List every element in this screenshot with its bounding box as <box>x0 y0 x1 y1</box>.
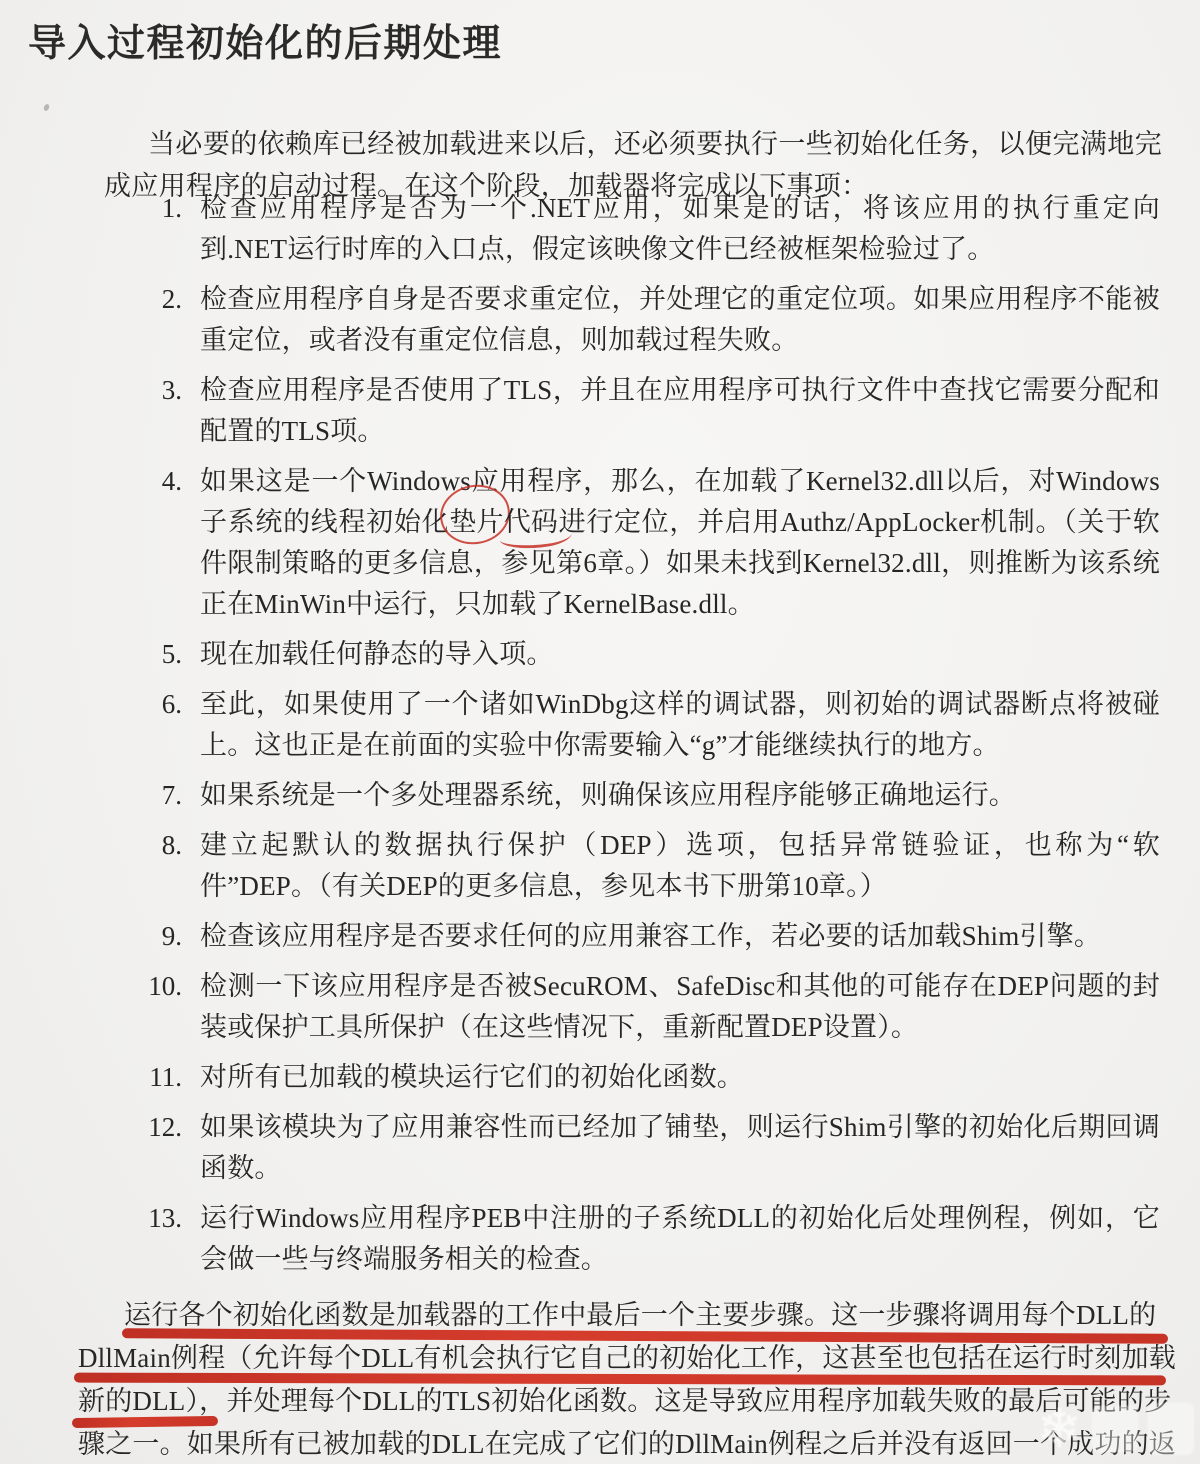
list-item: 8. 建立起默认的数据执行保护（DEP）选项，包括异常链验证，也称为“软件”DE… <box>130 825 1160 907</box>
list-item: 3. 检查应用程序是否使用了TLS，并且在应用程序可执行文件中查找它需要分配和配… <box>130 370 1160 452</box>
paragraph-line: 新的DLL），并处理每个DLL的TLS初始化函数。这是导致应用程序加载失败的最后… <box>78 1380 1162 1423</box>
book-page: 导入过程初始化的后期处理 当必要的依赖库已经被加载进来以后，还必须要执行一些初始… <box>0 0 1200 1464</box>
paragraph-line-text: 新的DLL），并处理每个DLL的TLS初始化函数。这是导致应用程序加载失败的最后… <box>78 1386 1171 1416</box>
paragraph-line: 骤之一。如果所有已被加载的DLL在完成了它们的DllMain例程之后并没有返回一… <box>78 1423 1162 1464</box>
paragraph-line-text: 骤之一。如果所有已被加载的DLL在完成了它们的DllMain例程之后并没有返回一… <box>78 1429 1176 1459</box>
list-item: 13. 运行Windows应用程序PEB中注册的子系统DLL的初始化后处理例程，… <box>130 1198 1160 1280</box>
list-item-number: 5. <box>130 634 182 675</box>
list-item: 12. 如果该模块为了应用兼容性而已经加了铺垫，则运行Shim引擎的初始化后期回… <box>130 1107 1160 1189</box>
list-item-number: 2. <box>130 279 182 320</box>
paragraph-line: DllMain例程（允许每个DLL有机会执行它自己的初始化工作，这甚至也包括在运… <box>78 1337 1162 1380</box>
list-item-number: 8. <box>130 825 182 866</box>
circled-text: 垫片 <box>449 507 503 537</box>
list-item-text: 检查应用程序是否使用了TLS，并且在应用程序可执行文件中查找它需要分配和配置的T… <box>200 375 1160 446</box>
paragraph-line: 运行各个初始化函数是加载器的工作中最后一个主要步骤。这一步骤将调用每个DLL的 <box>78 1294 1162 1337</box>
scan-speck <box>43 103 50 111</box>
list-item-text: 如果系统是一个多处理器系统，则确保该应用程序能够正确地运行。 <box>200 780 1016 810</box>
red-arc-annotation: 代码 <box>504 502 558 543</box>
list-item: 11. 对所有已加载的模块运行它们的初始化函数。 <box>130 1057 1160 1098</box>
list-item-text: 运行Windows应用程序PEB中注册的子系统DLL的初始化后处理例程，例如，它… <box>200 1203 1160 1274</box>
list-item: 9. 检查该应用程序是否要求任何的应用兼容工作，若必要的话加载Shim引擎。 <box>130 916 1160 957</box>
loader-steps-list: 1. 检查应用程序是否为一个.NET应用，如果是的话，将该应用的执行重定向到.N… <box>130 188 1160 1289</box>
list-item-text: 检查应用程序是否为一个.NET应用，如果是的话，将该应用的执行重定向到.NET运… <box>200 193 1160 264</box>
list-item-text: 至此，如果使用了一个诸如WinDbg这样的调试器，则初始的调试器断点将被碰上。这… <box>200 689 1160 760</box>
list-item: 10. 检测一下该应用程序是否被SecuROM、SafeDisc和其他的可能存在… <box>130 966 1160 1048</box>
list-item-number: 1. <box>130 188 182 229</box>
closing-paragraph: 运行各个初始化函数是加载器的工作中最后一个主要步骤。这一步骤将调用每个DLL的 … <box>78 1294 1162 1464</box>
list-item: 1. 检查应用程序是否为一个.NET应用，如果是的话，将该应用的执行重定向到.N… <box>130 188 1160 270</box>
list-item: 5. 现在加载任何静态的导入项。 <box>130 634 1160 675</box>
list-item: 4. 如果这是一个Windows应用程序，那么，在加载了Kernel32.dll… <box>130 461 1160 625</box>
red-circle-annotation: 垫片 <box>449 502 503 543</box>
list-item-number: 13. <box>130 1198 182 1239</box>
list-item: 2. 检查应用程序自身是否要求重定位，并处理它的重定位项。如果应用程序不能被重定… <box>130 279 1160 361</box>
list-item-number: 7. <box>130 775 182 816</box>
list-item-number: 3. <box>130 370 182 411</box>
list-item-number: 12. <box>130 1107 182 1148</box>
paragraph-line-text: 运行各个初始化函数是加载器的工作中最后一个主要步骤。这一步骤将调用每个DLL的 <box>124 1300 1156 1330</box>
paragraph-line-text: DllMain例程（允许每个DLL有机会执行它自己的初始化工作，这甚至也包括在运… <box>78 1343 1176 1373</box>
list-item-text: 如果该模块为了应用兼容性而已经加了铺垫，则运行Shim引擎的初始化后期回调函数。 <box>200 1112 1160 1183</box>
list-item-text: 现在加载任何静态的导入项。 <box>200 639 554 669</box>
list-item-number: 11. <box>130 1057 182 1098</box>
list-item-number: 9. <box>130 916 182 957</box>
list-item-text: 建立起默认的数据执行保护（DEP）选项，包括异常链验证，也称为“软件”DEP。（… <box>200 830 1160 901</box>
list-item-text: 检查该应用程序是否要求任何的应用兼容工作，若必要的话加载Shim引擎。 <box>200 921 1101 951</box>
list-item: 7. 如果系统是一个多处理器系统，则确保该应用程序能够正确地运行。 <box>130 775 1160 816</box>
list-item-number: 10. <box>130 966 182 1007</box>
list-item-text: 如果这是一个Windows应用程序，那么，在加载了Kernel32.dll以后，… <box>200 466 1160 619</box>
list-item-text: 对所有已加载的模块运行它们的初始化函数。 <box>200 1062 744 1092</box>
list-item-number: 6. <box>130 684 182 725</box>
list-item-text: 检测一下该应用程序是否被SecuROM、SafeDisc和其他的可能存在DEP问… <box>200 971 1160 1042</box>
list-item-number: 4. <box>130 461 182 502</box>
list-item-text: 检查应用程序自身是否要求重定位，并处理它的重定位项。如果应用程序不能被重定位，或… <box>200 284 1160 355</box>
list-item: 6. 至此，如果使用了一个诸如WinDbg这样的调试器，则初始的调试器断点将被碰… <box>130 684 1160 766</box>
page-title: 导入过程初始化的后期处理 <box>28 12 502 67</box>
